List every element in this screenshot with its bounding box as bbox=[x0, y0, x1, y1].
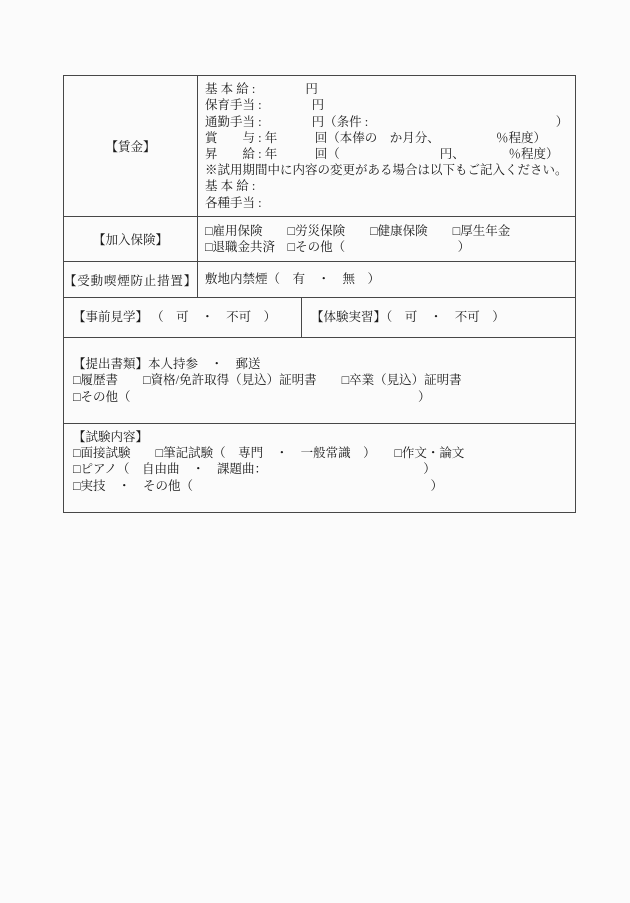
smoking-policy-label-cell: 【受動喫煙防止措置】 bbox=[64, 262, 198, 297]
smoking-policy-label: 【受動喫煙防止措置】 bbox=[64, 271, 197, 289]
wage-line-base-salary: 基 本 給 : 円 bbox=[205, 81, 575, 97]
documents-other-line: □その他（ ） bbox=[73, 389, 575, 405]
wage-line-probation-allowances: 各種手当 : bbox=[205, 195, 575, 211]
exam-title-line: 【試験内容】 bbox=[73, 429, 575, 445]
documents-title-line: 【提出書類】本人持参 ・ 郵送 bbox=[73, 356, 575, 372]
employment-conditions-table: 【賃金】 基 本 給 : 円 保育手当 : 円 通勤手当 : 円（条件 : ） … bbox=[63, 75, 576, 513]
wage-line-probation-base-salary: 基 本 給 : bbox=[205, 178, 575, 194]
documents-row: 【提出書類】本人持参 ・ 郵送 □履歴書 □資格/免許取得（見込）証明書 □卒業… bbox=[64, 337, 575, 423]
insurance-row: 【加入保険】 □雇用保険 □労災保険 □健康保険 □厚生年金 □退職金共済 □そ… bbox=[64, 216, 575, 261]
insurance-label: 【加入保険】 bbox=[93, 230, 168, 248]
trial-practice-text: 【体験実習】（ 可 ・ 不可 ） bbox=[311, 309, 505, 325]
documents-checkbox-line: □履歴書 □資格/免許取得（見込）証明書 □卒業（見込）証明書 bbox=[73, 372, 575, 388]
visit-trial-row: 【事前見学】 （ 可 ・ 不可 ） 【体験実習】（ 可 ・ 不可 ） bbox=[64, 297, 575, 337]
smoking-policy-row: 【受動喫煙防止措置】 敷地内禁煙（ 有 ・ 無 ） bbox=[64, 261, 575, 297]
exam-practical-line: □実技 ・ その他（ ） bbox=[73, 478, 575, 494]
wages-content-cell: 基 本 給 : 円 保育手当 : 円 通勤手当 : 円（条件 : ） 賞 与 :… bbox=[198, 76, 575, 216]
wage-line-probation-note: ※試用期間中に内容の変更がある場合は以下もご記入ください。 bbox=[205, 162, 575, 178]
insurance-checkbox-line-1: □雇用保険 □労災保険 □健康保険 □厚生年金 bbox=[205, 223, 575, 239]
exam-checkbox-line: □面接試験 □筆記試験（ 専門 ・ 一般常識 ） □作文・論文 bbox=[73, 445, 575, 461]
wages-row: 【賃金】 基 本 給 : 円 保育手当 : 円 通勤手当 : 円（条件 : ） … bbox=[64, 76, 575, 216]
smoking-policy-line: 敷地内禁煙（ 有 ・ 無 ） bbox=[205, 271, 575, 287]
trial-practice-cell: 【体験実習】（ 可 ・ 不可 ） bbox=[302, 298, 575, 337]
preview-visit-text: 【事前見学】 （ 可 ・ 不可 ） bbox=[73, 309, 276, 325]
wage-line-raise: 昇 給 : 年 回（ 円、 ％程度） bbox=[205, 146, 575, 162]
exam-piano-line: □ピアノ（ 自由曲 ・ 課題曲： ） bbox=[73, 461, 575, 477]
document-page: 【賃金】 基 本 給 : 円 保育手当 : 円 通勤手当 : 円（条件 : ） … bbox=[0, 0, 630, 903]
insurance-content-cell: □雇用保険 □労災保険 □健康保険 □厚生年金 □退職金共済 □その他（ ） bbox=[198, 217, 575, 261]
wages-label-cell: 【賃金】 bbox=[64, 76, 198, 216]
preview-visit-cell: 【事前見学】 （ 可 ・ 不可 ） bbox=[64, 298, 302, 337]
insurance-checkbox-line-2: □退職金共済 □その他（ ） bbox=[205, 239, 575, 255]
documents-cell: 【提出書類】本人持参 ・ 郵送 □履歴書 □資格/免許取得（見込）証明書 □卒業… bbox=[64, 338, 575, 423]
wage-line-childcare-allowance: 保育手当 : 円 bbox=[205, 97, 575, 113]
wage-line-bonus: 賞 与 : 年 回（本俸の か月分、 ％程度） bbox=[205, 130, 575, 146]
exam-cell: 【試験内容】 □面接試験 □筆記試験（ 専門 ・ 一般常識 ） □作文・論文 □… bbox=[64, 424, 575, 512]
insurance-label-cell: 【加入保険】 bbox=[64, 217, 198, 261]
wage-line-commute-allowance: 通勤手当 : 円（条件 : ） bbox=[205, 114, 575, 130]
wages-label: 【賃金】 bbox=[105, 137, 155, 155]
exam-row: 【試験内容】 □面接試験 □筆記試験（ 専門 ・ 一般常識 ） □作文・論文 □… bbox=[64, 423, 575, 512]
smoking-policy-content-cell: 敷地内禁煙（ 有 ・ 無 ） bbox=[198, 262, 575, 297]
